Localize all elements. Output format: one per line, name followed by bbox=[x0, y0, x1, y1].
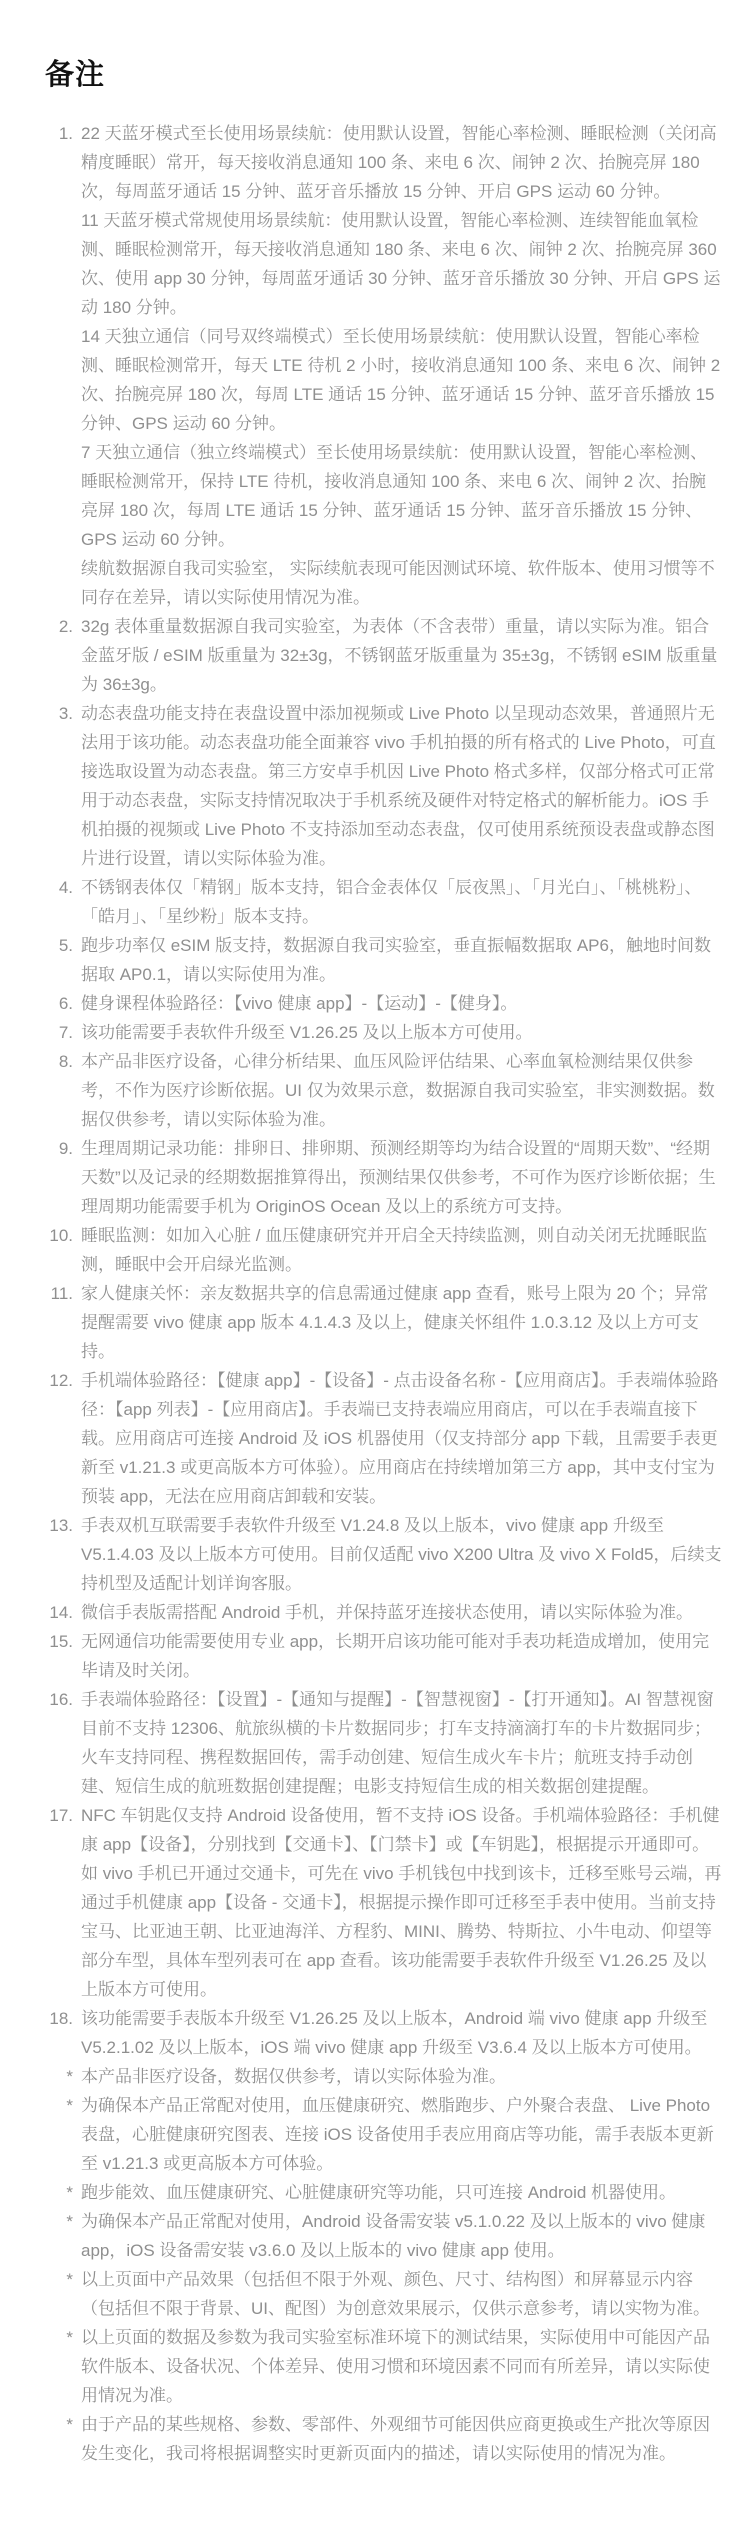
notes-list: 1.22 天蓝牙模式至长使用场景续航：使用默认设置，智能心率检测、睡眠检测（关闭… bbox=[45, 119, 722, 2468]
note-paragraph: 不锈钢表体仅「精钢」版本支持，铝合金表体仅「辰夜黑」、「月光白」、「桃桃粉」、「… bbox=[81, 873, 722, 931]
note-text: 以上页面中产品效果（包括但不限于外观、颜色、尺寸、结构图）和屏幕显示内容（包括但… bbox=[81, 2265, 722, 2323]
note-item: 1.22 天蓝牙模式至长使用场景续航：使用默认设置，智能心率检测、睡眠检测（关闭… bbox=[45, 119, 722, 612]
note-item: 13.手表双机互联需要手表软件升级至 V1.24.8 及以上版本，vivo 健康… bbox=[45, 1511, 722, 1598]
note-text: 32g 表体重量数据源自我司实验室，为表体（不含表带）重量，请以实际为准。铝合金… bbox=[81, 612, 722, 699]
note-item: *为确保本产品正常配对使用，Android 设备需安装 v5.1.0.22 及以… bbox=[45, 2207, 722, 2265]
note-text: 手表端体验路径：【设置】-【通知与提醒】-【智慧视窗】-【打开通知】。AI 智慧… bbox=[81, 1685, 722, 1801]
note-item: 3.动态表盘功能支持在表盘设置中添加视频或 Live Photo 以呈现动态效果… bbox=[45, 699, 722, 873]
note-number: 14. bbox=[45, 1598, 73, 1627]
note-paragraph: 以上页面中产品效果（包括但不限于外观、颜色、尺寸、结构图）和屏幕显示内容（包括但… bbox=[81, 2265, 722, 2323]
note-item: 4.不锈钢表体仅「精钢」版本支持，铝合金表体仅「辰夜黑」、「月光白」、「桃桃粉」… bbox=[45, 873, 722, 931]
note-paragraph: 健身课程体验路径：【vivo 健康 app】-【运动】-【健身】。 bbox=[81, 989, 722, 1018]
note-item: 12.手机端体验路径：【健康 app】-【设备】- 点击设备名称 -【应用商店】… bbox=[45, 1366, 722, 1511]
note-item: 9.生理周期记录功能：排卵日、排卵期、预测经期等均为结合设置的“周期天数”、“经… bbox=[45, 1134, 722, 1221]
note-paragraph: 手表端体验路径：【设置】-【通知与提醒】-【智慧视窗】-【打开通知】。AI 智慧… bbox=[81, 1685, 722, 1801]
note-paragraph: 为确保本产品正常配对使用，血压健康研究、燃脂跑步、户外聚合表盘、 Live Ph… bbox=[81, 2091, 722, 2178]
note-text: 睡眠监测：如加入心脏 / 血压健康研究并开启全天持续监测，则自动关闭无扰睡眠监测… bbox=[81, 1221, 722, 1279]
note-number: 12. bbox=[45, 1366, 73, 1395]
note-paragraph: 以上页面的数据及参数为我司实验室标准环境下的测试结果，实际使用中可能因产品软件版… bbox=[81, 2323, 722, 2410]
note-text: 手表双机互联需要手表软件升级至 V1.24.8 及以上版本，vivo 健康 ap… bbox=[81, 1511, 722, 1598]
note-paragraph: 续航数据源自我司实验室， 实际续航表现可能因测试环境、软件版本、使用习惯等不同存… bbox=[81, 554, 722, 612]
note-paragraph: 生理周期记录功能：排卵日、排卵期、预测经期等均为结合设置的“周期天数”、“经期天… bbox=[81, 1134, 722, 1221]
note-text: 健身课程体验路径：【vivo 健康 app】-【运动】-【健身】。 bbox=[81, 989, 722, 1018]
note-paragraph: 跑步能效、血压健康研究、心脏健康研究等功能，只可连接 Android 机器使用。 bbox=[81, 2178, 722, 2207]
note-star-marker: * bbox=[45, 2062, 73, 2091]
note-paragraph: 本产品非医疗设备，数据仅供参考，请以实际体验为准。 bbox=[81, 2062, 722, 2091]
note-number: 8. bbox=[45, 1047, 73, 1076]
note-text: NFC 车钥匙仅支持 Android 设备使用，暂不支持 iOS 设备。手机端体… bbox=[81, 1801, 722, 2004]
note-item: *本产品非医疗设备，数据仅供参考，请以实际体验为准。 bbox=[45, 2062, 722, 2091]
note-paragraph: 7 天独立通信（独立终端模式）至长使用场景续航：使用默认设置，智能心率检测、睡眠… bbox=[81, 438, 722, 554]
note-paragraph: 无网通信功能需要使用专业 app，长期开启该功能可能对手表功耗造成增加，使用完毕… bbox=[81, 1627, 722, 1685]
note-paragraph: 11 天蓝牙模式常规使用场景续航：使用默认设置，智能心率检测、连续智能血氧检测、… bbox=[81, 206, 722, 322]
note-paragraph: 本产品非医疗设备，心律分析结果、血压风险评估结果、心率血氧检测结果仅供参考，不作… bbox=[81, 1047, 722, 1134]
note-star-marker: * bbox=[45, 2178, 73, 2207]
note-text: 为确保本产品正常配对使用，Android 设备需安装 v5.1.0.22 及以上… bbox=[81, 2207, 722, 2265]
note-item: 16.手表端体验路径：【设置】-【通知与提醒】-【智慧视窗】-【打开通知】。AI… bbox=[45, 1685, 722, 1801]
page-title: 备注 bbox=[45, 52, 722, 93]
notes-page: 备注 1.22 天蓝牙模式至长使用场景续航：使用默认设置，智能心率检测、睡眠检测… bbox=[0, 0, 750, 2528]
note-text: 该功能需要手表软件升级至 V1.26.25 及以上版本方可使用。 bbox=[81, 1018, 722, 1047]
note-text: 22 天蓝牙模式至长使用场景续航：使用默认设置，智能心率检测、睡眠检测（关闭高精… bbox=[81, 119, 722, 612]
note-paragraph: 该功能需要手表版本升级至 V1.26.25 及以上版本，Android 端 vi… bbox=[81, 2004, 722, 2062]
note-item: 2.32g 表体重量数据源自我司实验室，为表体（不含表带）重量，请以实际为准。铝… bbox=[45, 612, 722, 699]
note-text: 跑步能效、血压健康研究、心脏健康研究等功能，只可连接 Android 机器使用。 bbox=[81, 2178, 722, 2207]
note-star-marker: * bbox=[45, 2091, 73, 2120]
note-number: 11. bbox=[45, 1279, 73, 1308]
note-item: *跑步能效、血压健康研究、心脏健康研究等功能，只可连接 Android 机器使用… bbox=[45, 2178, 722, 2207]
note-text: 动态表盘功能支持在表盘设置中添加视频或 Live Photo 以呈现动态效果，普… bbox=[81, 699, 722, 873]
note-text: 该功能需要手表版本升级至 V1.26.25 及以上版本，Android 端 vi… bbox=[81, 2004, 722, 2062]
note-item: 5.跑步功率仅 eSIM 版支持，数据源自我司实验室，垂直振幅数据取 AP6，触… bbox=[45, 931, 722, 989]
note-text: 为确保本产品正常配对使用，血压健康研究、燃脂跑步、户外聚合表盘、 Live Ph… bbox=[81, 2091, 722, 2178]
note-paragraph: NFC 车钥匙仅支持 Android 设备使用，暂不支持 iOS 设备。手机端体… bbox=[81, 1801, 722, 2004]
note-text: 生理周期记录功能：排卵日、排卵期、预测经期等均为结合设置的“周期天数”、“经期天… bbox=[81, 1134, 722, 1221]
note-item: 14.微信手表版需搭配 Android 手机，并保持蓝牙连接状态使用，请以实际体… bbox=[45, 1598, 722, 1627]
note-number: 6. bbox=[45, 989, 73, 1018]
note-paragraph: 14 天独立通信（同号双终端模式）至长使用场景续航：使用默认设置，智能心率检测、… bbox=[81, 322, 722, 438]
note-item: *为确保本产品正常配对使用，血压健康研究、燃脂跑步、户外聚合表盘、 Live P… bbox=[45, 2091, 722, 2178]
note-item: 17.NFC 车钥匙仅支持 Android 设备使用，暂不支持 iOS 设备。手… bbox=[45, 1801, 722, 2004]
note-star-marker: * bbox=[45, 2323, 73, 2352]
note-number: 7. bbox=[45, 1018, 73, 1047]
note-number: 18. bbox=[45, 2004, 73, 2033]
note-number: 15. bbox=[45, 1627, 73, 1656]
note-paragraph: 为确保本产品正常配对使用，Android 设备需安装 v5.1.0.22 及以上… bbox=[81, 2207, 722, 2265]
note-paragraph: 手机端体验路径：【健康 app】-【设备】- 点击设备名称 -【应用商店】。手表… bbox=[81, 1366, 722, 1511]
note-number: 2. bbox=[45, 612, 73, 641]
note-paragraph: 家人健康关怀：亲友数据共享的信息需通过健康 app 查看，账号上限为 20 个；… bbox=[81, 1279, 722, 1366]
note-number: 1. bbox=[45, 119, 73, 148]
note-text: 以上页面的数据及参数为我司实验室标准环境下的测试结果，实际使用中可能因产品软件版… bbox=[81, 2323, 722, 2410]
note-number: 5. bbox=[45, 931, 73, 960]
note-paragraph: 微信手表版需搭配 Android 手机，并保持蓝牙连接状态使用，请以实际体验为准… bbox=[81, 1598, 722, 1627]
note-star-marker: * bbox=[45, 2410, 73, 2439]
note-text: 由于产品的某些规格、参数、零部件、外观细节可能因供应商更换或生产批次等原因发生变… bbox=[81, 2410, 722, 2468]
note-text: 本产品非医疗设备，数据仅供参考，请以实际体验为准。 bbox=[81, 2062, 722, 2091]
note-text: 微信手表版需搭配 Android 手机，并保持蓝牙连接状态使用，请以实际体验为准… bbox=[81, 1598, 722, 1627]
note-item: *以上页面中产品效果（包括但不限于外观、颜色、尺寸、结构图）和屏幕显示内容（包括… bbox=[45, 2265, 722, 2323]
note-text: 跑步功率仅 eSIM 版支持，数据源自我司实验室，垂直振幅数据取 AP6，触地时… bbox=[81, 931, 722, 989]
note-text: 不锈钢表体仅「精钢」版本支持，铝合金表体仅「辰夜黑」、「月光白」、「桃桃粉」、「… bbox=[81, 873, 722, 931]
note-paragraph: 睡眠监测：如加入心脏 / 血压健康研究并开启全天持续监测，则自动关闭无扰睡眠监测… bbox=[81, 1221, 722, 1279]
note-paragraph: 该功能需要手表软件升级至 V1.26.25 及以上版本方可使用。 bbox=[81, 1018, 722, 1047]
note-star-marker: * bbox=[45, 2207, 73, 2236]
note-item: *由于产品的某些规格、参数、零部件、外观细节可能因供应商更换或生产批次等原因发生… bbox=[45, 2410, 722, 2468]
note-paragraph: 32g 表体重量数据源自我司实验室，为表体（不含表带）重量，请以实际为准。铝合金… bbox=[81, 612, 722, 699]
note-paragraph: 跑步功率仅 eSIM 版支持，数据源自我司实验室，垂直振幅数据取 AP6，触地时… bbox=[81, 931, 722, 989]
note-text: 家人健康关怀：亲友数据共享的信息需通过健康 app 查看，账号上限为 20 个；… bbox=[81, 1279, 722, 1366]
note-paragraph: 由于产品的某些规格、参数、零部件、外观细节可能因供应商更换或生产批次等原因发生变… bbox=[81, 2410, 722, 2468]
note-number: 16. bbox=[45, 1685, 73, 1714]
note-star-marker: * bbox=[45, 2265, 73, 2294]
note-text: 手机端体验路径：【健康 app】-【设备】- 点击设备名称 -【应用商店】。手表… bbox=[81, 1366, 722, 1511]
note-text: 本产品非医疗设备，心律分析结果、血压风险评估结果、心率血氧检测结果仅供参考，不作… bbox=[81, 1047, 722, 1134]
note-paragraph: 22 天蓝牙模式至长使用场景续航：使用默认设置，智能心率检测、睡眠检测（关闭高精… bbox=[81, 119, 722, 206]
note-number: 9. bbox=[45, 1134, 73, 1163]
note-text: 无网通信功能需要使用专业 app，长期开启该功能可能对手表功耗造成增加，使用完毕… bbox=[81, 1627, 722, 1685]
note-number: 10. bbox=[45, 1221, 73, 1250]
note-item: 10.睡眠监测：如加入心脏 / 血压健康研究并开启全天持续监测，则自动关闭无扰睡… bbox=[45, 1221, 722, 1279]
note-item: 18.该功能需要手表版本升级至 V1.26.25 及以上版本，Android 端… bbox=[45, 2004, 722, 2062]
note-item: 6.健身课程体验路径：【vivo 健康 app】-【运动】-【健身】。 bbox=[45, 989, 722, 1018]
note-number: 3. bbox=[45, 699, 73, 728]
note-paragraph: 动态表盘功能支持在表盘设置中添加视频或 Live Photo 以呈现动态效果，普… bbox=[81, 699, 722, 873]
note-item: *以上页面的数据及参数为我司实验室标准环境下的测试结果，实际使用中可能因产品软件… bbox=[45, 2323, 722, 2410]
note-item: 7.该功能需要手表软件升级至 V1.26.25 及以上版本方可使用。 bbox=[45, 1018, 722, 1047]
note-item: 11.家人健康关怀：亲友数据共享的信息需通过健康 app 查看，账号上限为 20… bbox=[45, 1279, 722, 1366]
note-number: 4. bbox=[45, 873, 73, 902]
note-paragraph: 手表双机互联需要手表软件升级至 V1.24.8 及以上版本，vivo 健康 ap… bbox=[81, 1511, 722, 1598]
note-item: 15.无网通信功能需要使用专业 app，长期开启该功能可能对手表功耗造成增加，使… bbox=[45, 1627, 722, 1685]
note-number: 17. bbox=[45, 1801, 73, 1830]
note-number: 13. bbox=[45, 1511, 73, 1540]
note-item: 8.本产品非医疗设备，心律分析结果、血压风险评估结果、心率血氧检测结果仅供参考，… bbox=[45, 1047, 722, 1134]
